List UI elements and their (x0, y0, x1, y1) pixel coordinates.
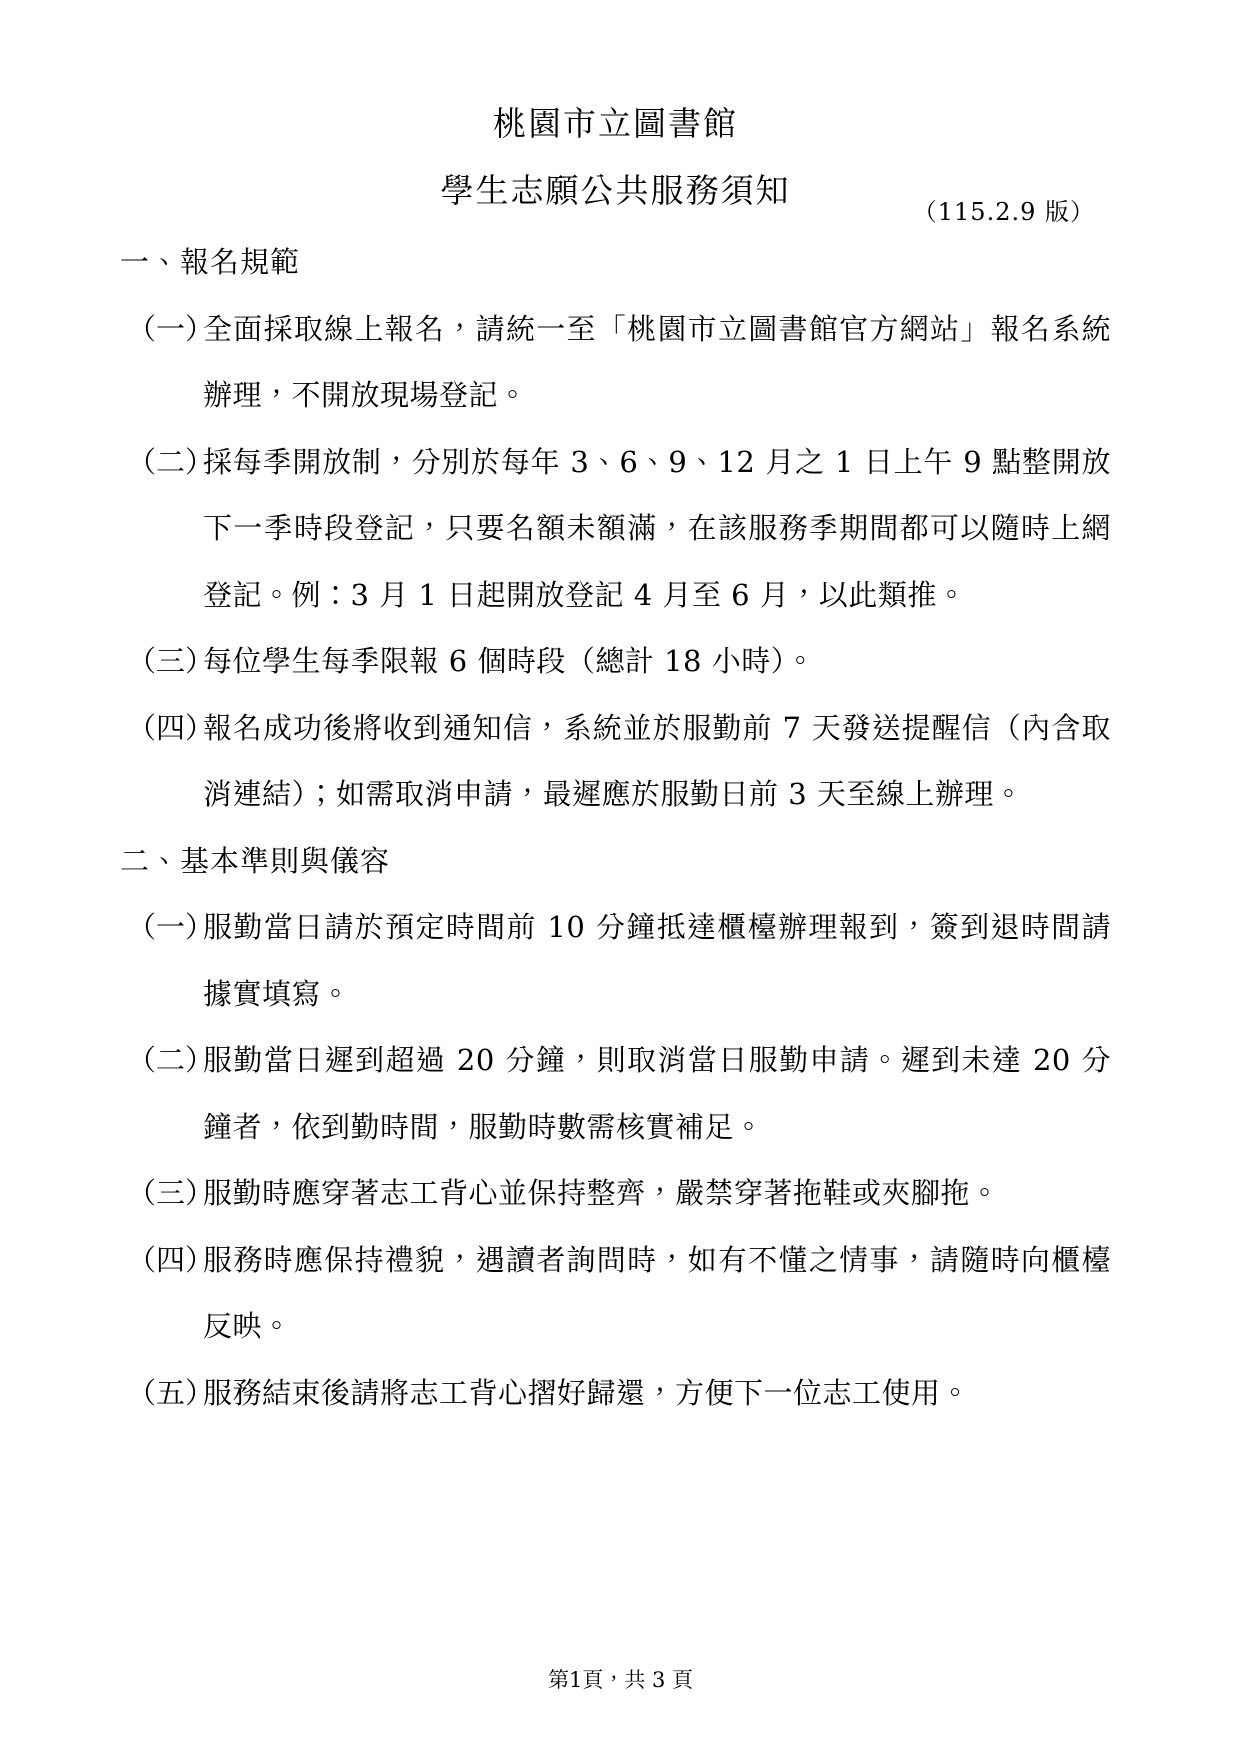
list-item: （一） 服勤當日請於預定時間前 10 分鐘抵達櫃檯辦理報到，簽到退時間請據實填寫… (127, 894, 1111, 1027)
list-item: （一） 全面採取線上報名，請統一至「桃園市立圖書館官方網站」報名系統辦理，不開放… (127, 296, 1111, 429)
item-text: 服務時應保持禮貌，遇讀者詢問時，如有不懂之情事，請隨時向櫃檯反映。 (203, 1243, 1111, 1344)
item-text: 服務結束後請將志工背心摺好歸還，方便下一位志工使用。 (203, 1376, 970, 1410)
item-text: 服勤當日請於預定時間前 10 分鐘抵達櫃檯辦理報到，簽到退時間請據實填寫。 (203, 910, 1111, 1011)
list-item: （三） 每位學生每季限報 6 個時段（總計 18 小時）。 (127, 628, 1111, 695)
item-number: （五） (127, 1360, 214, 1427)
item-text: 每位學生每季限報 6 個時段（總計 18 小時）。 (203, 644, 815, 678)
list-item: （五） 服務結束後請將志工背心摺好歸還，方便下一位志工使用。 (127, 1360, 1111, 1427)
item-text: 服勤時應穿著志工背心並保持整齊，嚴禁穿著拖鞋或夾腳拖。 (203, 1176, 1000, 1210)
section-basic-rules-appearance: 二、基本準則與儀容 （一） 服勤當日請於預定時間前 10 分鐘抵達櫃檯辦理報到，… (120, 828, 1111, 1427)
item-number: （三） (127, 1160, 214, 1227)
item-number: （二） (127, 1027, 214, 1094)
item-number: （一） (127, 894, 214, 961)
item-text: 全面採取線上報名，請統一至「桃園市立圖書館官方網站」報名系統辦理，不開放現場登記… (203, 312, 1111, 413)
sections: 一、報名規範 （一） 全面採取線上報名，請統一至「桃園市立圖書館官方網站」報名系… (120, 229, 1111, 1426)
item-number: （四） (127, 695, 214, 762)
item-number: （二） (127, 429, 214, 496)
version-label: （115.2.9 版） (913, 199, 1095, 225)
item-text: 採每季開放制，分別於每年 3、6、9、12 月之 1 日上午 9 點整開放下一季… (203, 445, 1111, 612)
item-number: （三） (127, 628, 214, 695)
list-item: （二） 採每季開放制，分別於每年 3、6、9、12 月之 1 日上午 9 點整開… (127, 429, 1111, 629)
section-heading: 一、報名規範 (120, 229, 1111, 296)
list-item: （二） 服勤當日遲到超過 20 分鐘，則取消當日服勤申請。遲到未達 20 分鐘者… (127, 1027, 1111, 1160)
list-item: （四） 服務時應保持禮貌，遇讀者詢問時，如有不懂之情事，請隨時向櫃檯反映。 (127, 1227, 1111, 1360)
page-title: 桃園市立圖書館 (120, 91, 1111, 158)
document-body: 桃園市立圖書館 學生志願公共服務須知 （115.2.9 版） 一、報名規範 （一… (120, 91, 1111, 1426)
document-page: 桃園市立圖書館 學生志願公共服務須知 （115.2.9 版） 一、報名規範 （一… (0, 0, 1241, 1755)
item-text: 服勤當日遲到超過 20 分鐘，則取消當日服勤申請。遲到未達 20 分鐘者，依到勤… (203, 1043, 1111, 1144)
section-registration-rules: 一、報名規範 （一） 全面採取線上報名，請統一至「桃園市立圖書館官方網站」報名系… (120, 229, 1111, 828)
item-number: （一） (127, 296, 214, 363)
item-text: 報名成功後將收到通知信，系統並於服勤前 7 天發送提醒信（內含取消連結）；如需取… (203, 711, 1111, 812)
list-item: （三） 服勤時應穿著志工背心並保持整齊，嚴禁穿著拖鞋或夾腳拖。 (127, 1160, 1111, 1227)
list-item: （四） 報名成功後將收到通知信，系統並於服勤前 7 天發送提醒信（內含取消連結）… (127, 695, 1111, 828)
item-number: （四） (127, 1227, 214, 1294)
page-number-footer: 第1頁，共 3 頁 (0, 1668, 1241, 1693)
section-heading: 二、基本準則與儀容 (120, 828, 1111, 895)
